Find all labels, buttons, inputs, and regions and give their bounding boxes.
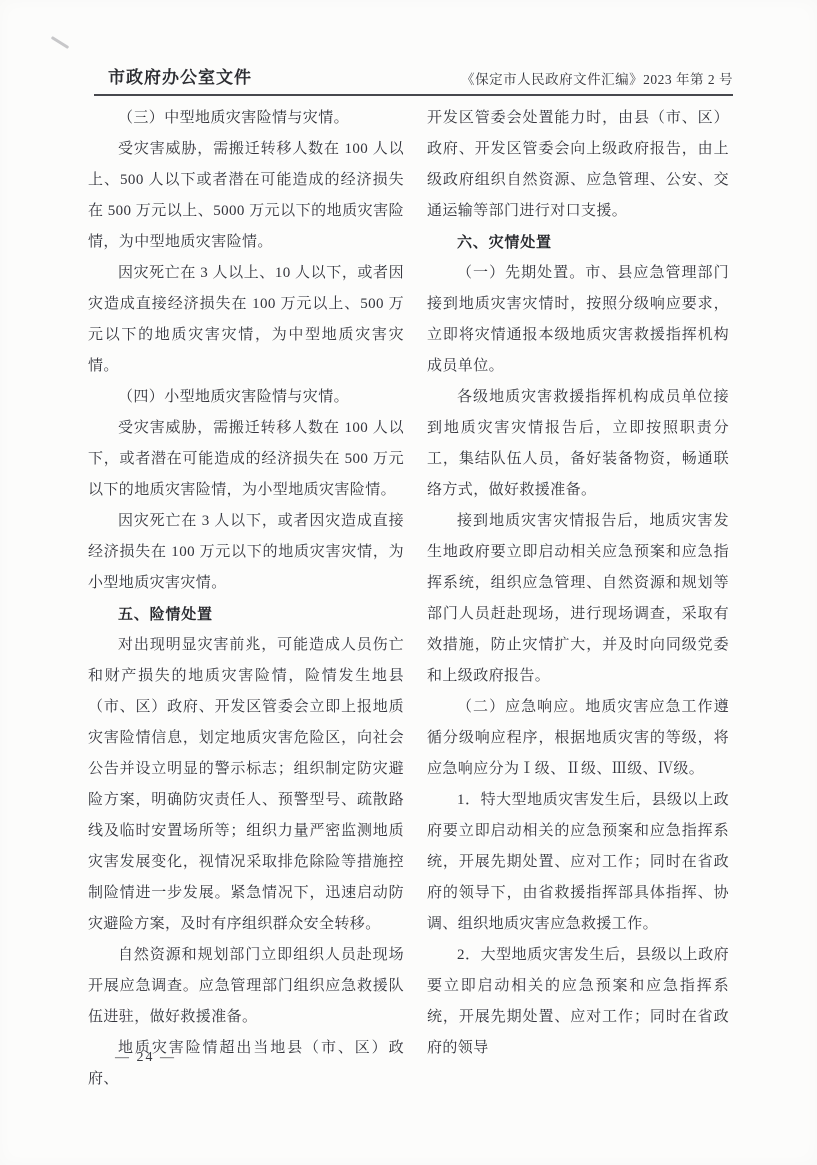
text-column-right: 开发区管委会处置能力时，由县（市、区）政府、开发区管委会向上级政府报告，由上级政… [427, 103, 729, 1064]
paragraph: 各级地质灾害救援指挥机构成员单位接到地质灾害灾情报告后，立即按照职责分工，集结队… [427, 382, 729, 506]
subsection-title: （三）中型地质灾害险情与灾情。 [88, 103, 404, 134]
section-heading: 六、灾情处置 [427, 227, 729, 258]
paragraph: 受灾害威胁，需搬迁转移人数在 100 人以上、500 人以下或者潜在可能造成的经… [88, 134, 404, 258]
paragraph: 接到地质灾害灾情报告后，地质灾害发生地政府要立即启动相关应急预案和应急指挥系统，… [427, 506, 729, 692]
page-number: — 24 — [115, 1046, 176, 1070]
paragraph: 受灾害威胁，需搬迁转移人数在 100 人以下，或者潜在可能造成的经济损失在 50… [88, 413, 404, 506]
paragraph: （一）先期处置。市、县应急管理部门接到地质灾害灾情时，按照分级响应要求，立即将灾… [427, 258, 729, 382]
paragraph: 自然资源和规划部门立即组织人员赴现场开展应急调查。应急管理部门组织应急救援队伍进… [88, 940, 404, 1033]
paragraph: （二）应急响应。地质灾害应急工作遵循分级响应程序，根据地质灾害的等级，将应急响应… [427, 692, 729, 785]
section-heading: 五、险情处置 [88, 599, 404, 630]
header-compilation-title: 《保定市人民政府文件汇编》2023 年第 2 号 [461, 68, 733, 88]
paragraph: 2．大型地质灾害发生后，县级以上政府要立即启动相关的应急预案和应急指挥系统，开展… [427, 940, 729, 1064]
document-page: 市政府办公室文件 《保定市人民政府文件汇编》2023 年第 2 号 （三）中型地… [0, 0, 817, 1165]
paragraph: 因灾死亡在 3 人以上、10 人以下，或者因灾造成直接经济损失在 100 万元以… [88, 258, 404, 382]
paragraph: 因灾死亡在 3 人以下，或者因灾造成直接经济损失在 100 万元以下的地质灾害灾… [88, 506, 404, 599]
header-document-category: 市政府办公室文件 [108, 63, 252, 88]
paragraph: 开发区管委会处置能力时，由县（市、区）政府、开发区管委会向上级政府报告，由上级政… [427, 103, 729, 227]
scan-artifact-mark [51, 36, 70, 49]
subsection-title: （四）小型地质灾害险情与灾情。 [88, 382, 404, 413]
paragraph: 1．特大型地质灾害发生后，县级以上政府要立即启动相关的应急预案和应急指挥系统，开… [427, 785, 729, 940]
text-column-left: （三）中型地质灾害险情与灾情。受灾害威胁，需搬迁转移人数在 100 人以上、50… [88, 103, 404, 1095]
paragraph: 对出现明显灾害前兆，可能造成人员伤亡和财产损失的地质灾害险情，险情发生地县（市、… [88, 630, 404, 940]
page-header: 市政府办公室文件 《保定市人民政府文件汇编》2023 年第 2 号 [94, 58, 733, 96]
